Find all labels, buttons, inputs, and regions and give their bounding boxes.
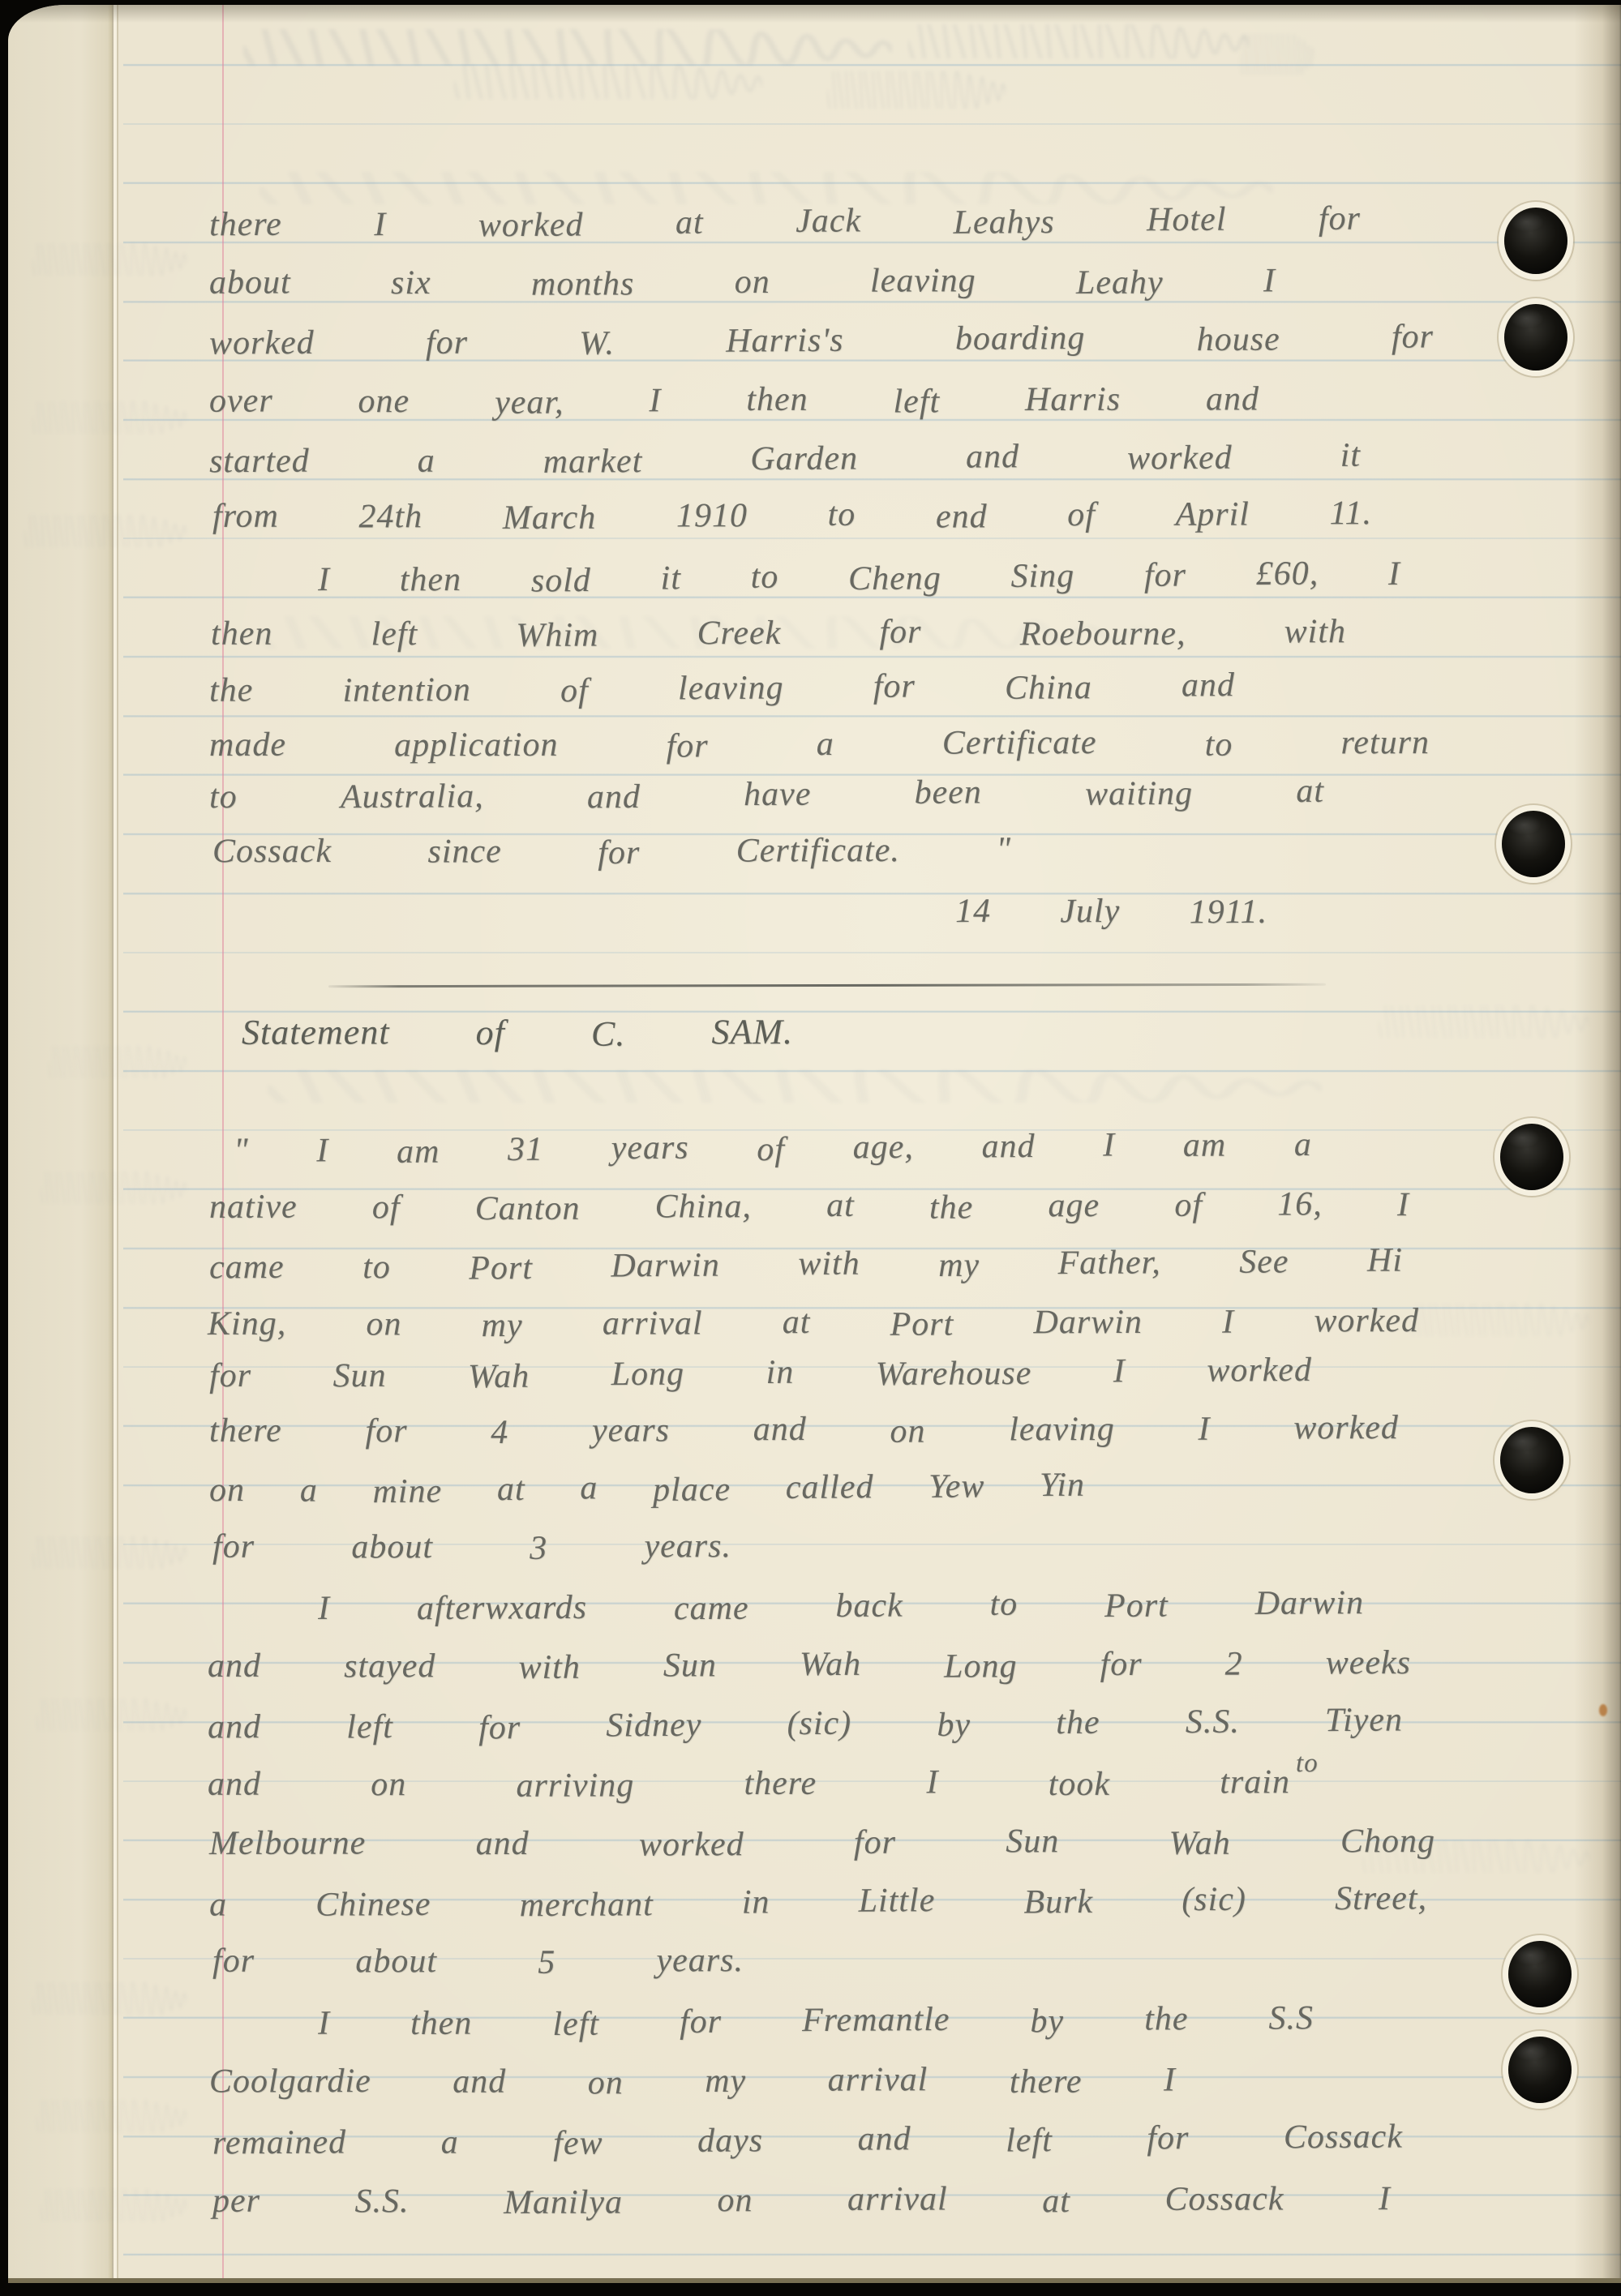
s2-line-10: andstayedwithSunWahLongfor2weeks — [208, 1644, 1411, 1686]
s2-line-6: therefor4yearsandonleavingIworked — [209, 1409, 1399, 1451]
punch-hole — [1504, 304, 1567, 371]
s1-line-12: CossacksinceforCertificate." — [212, 831, 1011, 872]
s1-line-2: aboutsixmonthsonleavingLeahyI — [209, 261, 1276, 302]
s1-line-6: from24thMarch1910toendofApril11. — [212, 495, 1372, 537]
section-heading: StatementofC.SAM. — [242, 1011, 793, 1054]
right-edge-shadow — [1574, 5, 1621, 2278]
s2-line-14: aChinesemerchantinLittleBurk(sic)Street, — [209, 1878, 1427, 1925]
page-seam — [112, 5, 123, 2278]
s2-line-15: forabout5years. — [212, 1941, 744, 1981]
s2-line-17: CoolgardieandonmyarrivalthereI — [209, 2060, 1176, 2101]
s2-line-8: forabout3years. — [212, 1527, 731, 1567]
s2-line-7: onamineataplacecalledYewYin — [209, 1467, 1085, 1511]
s1-line-3: workedforW.Harris'sboardinghousefor — [209, 317, 1434, 363]
s1-line-7: IthensoldittoChengSingfor£60,I — [318, 555, 1400, 600]
punch-hole — [1508, 1941, 1572, 2007]
s2-line-12b: to — [1296, 1750, 1344, 1780]
top-edge-shadow — [8, 5, 1621, 23]
s2-line-19: perS.S.ManilyaonarrivalatCossackI — [212, 2179, 1391, 2221]
punch-hole — [1500, 1124, 1563, 1190]
s2-line-16: IthenleftforFremantlebytheS.S — [318, 1998, 1314, 2044]
punch-hole — [1504, 208, 1567, 274]
rust-speck — [1599, 1704, 1607, 1716]
punch-hole — [1502, 811, 1565, 877]
underlying-page-edge — [8, 5, 112, 2278]
s1-line-5: startedamarketGardenandworkedit — [209, 436, 1361, 482]
s2-line-12: andonarrivingthereItooktrain — [208, 1763, 1290, 1804]
s2-line-11: andleftforSidney(sic)bytheS.S.Tiyen — [208, 1701, 1403, 1747]
scanned-notebook-page: { "page": { "kind": "scanned handwritten… — [0, 0, 1621, 2296]
s2-line-4: King,onmyarrivalatPortDarwinIworked — [208, 1302, 1419, 1344]
s1-line-8: thenleftWhimCreekforRoebourne,with — [211, 612, 1346, 654]
s1-line-4: overoneyear,IthenleftHarrisand — [209, 379, 1259, 421]
s1-line-10: madeapplicationforaCertificatetoreturn — [209, 723, 1430, 765]
s2-line-1: "Iam31yearsofage,andIama — [234, 1125, 1312, 1171]
s2-line-18: remainedafewdaysandleftforCossack — [212, 2118, 1403, 2164]
s1-line-11: toAustralia,andhavebeenwaitingat — [209, 772, 1324, 817]
s2-line-9: IafterwxardscamebacktoPortDarwin — [318, 1583, 1364, 1629]
punch-hole — [1508, 2037, 1572, 2103]
s2-line-3: cametoPortDarwinwithmyFather,SeeHi — [209, 1242, 1403, 1288]
s1-date: 14July1911. — [955, 891, 1267, 932]
s2-line-5: forSunWahLonginWarehouseIworked — [209, 1351, 1312, 1396]
s1-line-1: thereIworkedatJackLeahysHotelfor — [209, 199, 1361, 246]
s2-line-13: MelbourneandworkedforSunWahChong — [209, 1822, 1435, 1864]
s2-line-2: nativeofCantonChina,attheageof16,I — [209, 1185, 1409, 1227]
s1-line-9: theintentionofleavingforChinaand — [209, 666, 1235, 711]
punch-hole — [1500, 1427, 1563, 1493]
